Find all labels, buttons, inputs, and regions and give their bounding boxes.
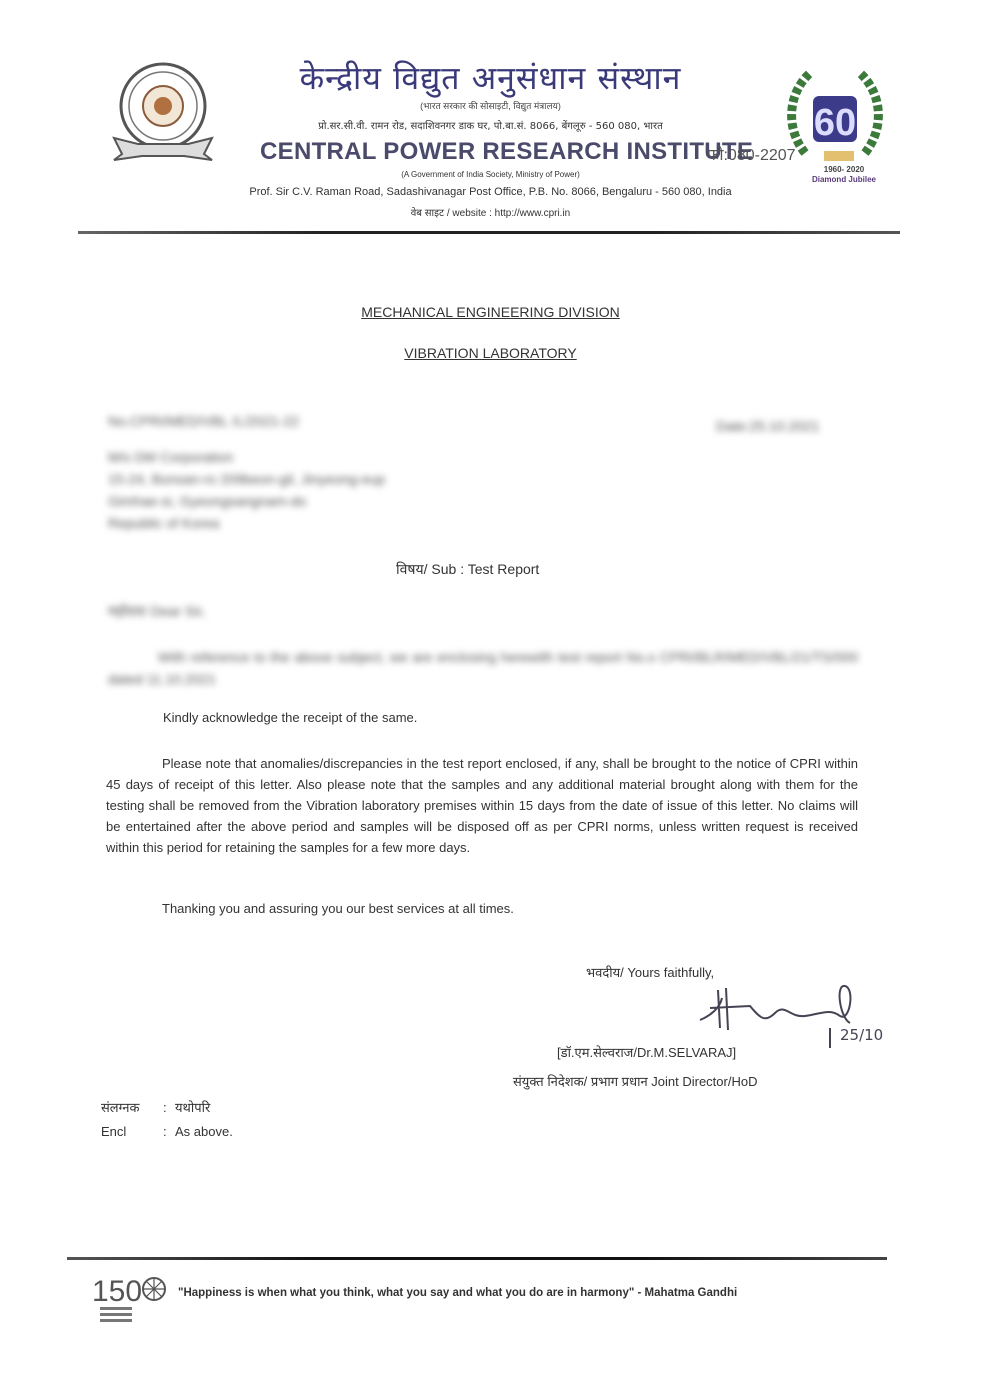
thanks-line: Thanking you and assuring you our best s…	[162, 901, 514, 916]
website-line: वेब साइट / website : http://www.cpri.in	[0, 205, 981, 219]
english-institute-title: CENTRAL POWER RESEARCH INSTITUTE	[260, 138, 753, 166]
recipient-line: Republic of Korea	[108, 512, 385, 534]
subject-line: विषय/ Sub : Test Report	[396, 560, 539, 579]
reference-number-redacted: No.CPRI/MED/VBL /L/2021-22	[108, 413, 299, 429]
salutation-redacted: महोदय/ Dear Sir,	[108, 602, 205, 621]
government-society-line: (A Government of India Society, Ministry…	[0, 170, 981, 179]
footer-divider	[67, 1257, 887, 1260]
enclosure-value-hindi: यथोपरि	[175, 1096, 210, 1120]
body-paragraph-redacted: With reference to the above subject, we …	[108, 646, 858, 690]
note-paragraph: Please note that anomalies/discrepancies…	[106, 753, 858, 858]
signatory-name: [डॉ.एम.सेल्वराज/Dr.M.SELVARAJ]	[557, 1043, 736, 1061]
svg-text:60: 60	[814, 102, 856, 144]
laboratory-heading: VIBRATION LABORATORY	[0, 345, 981, 361]
laurel-wreath-icon: 60 1960- 2020 Diamond Jubilee	[780, 58, 890, 183]
enclosure-value: As above.	[175, 1120, 233, 1144]
signatory-designation: संयुक्त निदेशक/ प्रभाग प्रधान Joint Dire…	[513, 1072, 757, 1090]
division-heading: MECHANICAL ENGINEERING DIVISION	[0, 304, 981, 320]
recipient-line: Gimhae-si, Gyeongsangnam-do	[108, 490, 385, 512]
enclosure-label: Encl	[101, 1120, 163, 1144]
gandhi-150-logo: 150	[82, 1265, 172, 1330]
header-divider	[78, 231, 900, 234]
svg-text:150: 150	[92, 1275, 142, 1308]
recipient-address-redacted: M/s DM Corporation 15-24, Bonsan-ro 209b…	[108, 446, 385, 534]
enclosure-label-hindi: संलग्नक	[101, 1096, 163, 1120]
recipient-line: 15-24, Bonsan-ro 209beon-gil, Jinyeong-e…	[108, 468, 385, 490]
enclosure-block: संलग्नक:यथोपरि Encl:As above.	[101, 1096, 233, 1144]
acknowledge-line: Kindly acknowledge the receipt of the sa…	[163, 710, 417, 725]
svg-text:25/10: 25/10	[840, 1026, 883, 1044]
institute-address: Prof. Sir C.V. Raman Road, Sadashivanaga…	[0, 186, 981, 198]
letter-date-redacted: Date:25.10.2021	[716, 418, 820, 434]
diamond-jubilee-badge: 60 1960- 2020 Diamond Jubilee	[780, 58, 890, 183]
recipient-line: M/s DM Corporation	[108, 446, 385, 468]
gandhi-quote: "Happiness is when what you think, what …	[178, 1287, 737, 1299]
handwritten-signature: 25/10	[690, 978, 910, 1048]
